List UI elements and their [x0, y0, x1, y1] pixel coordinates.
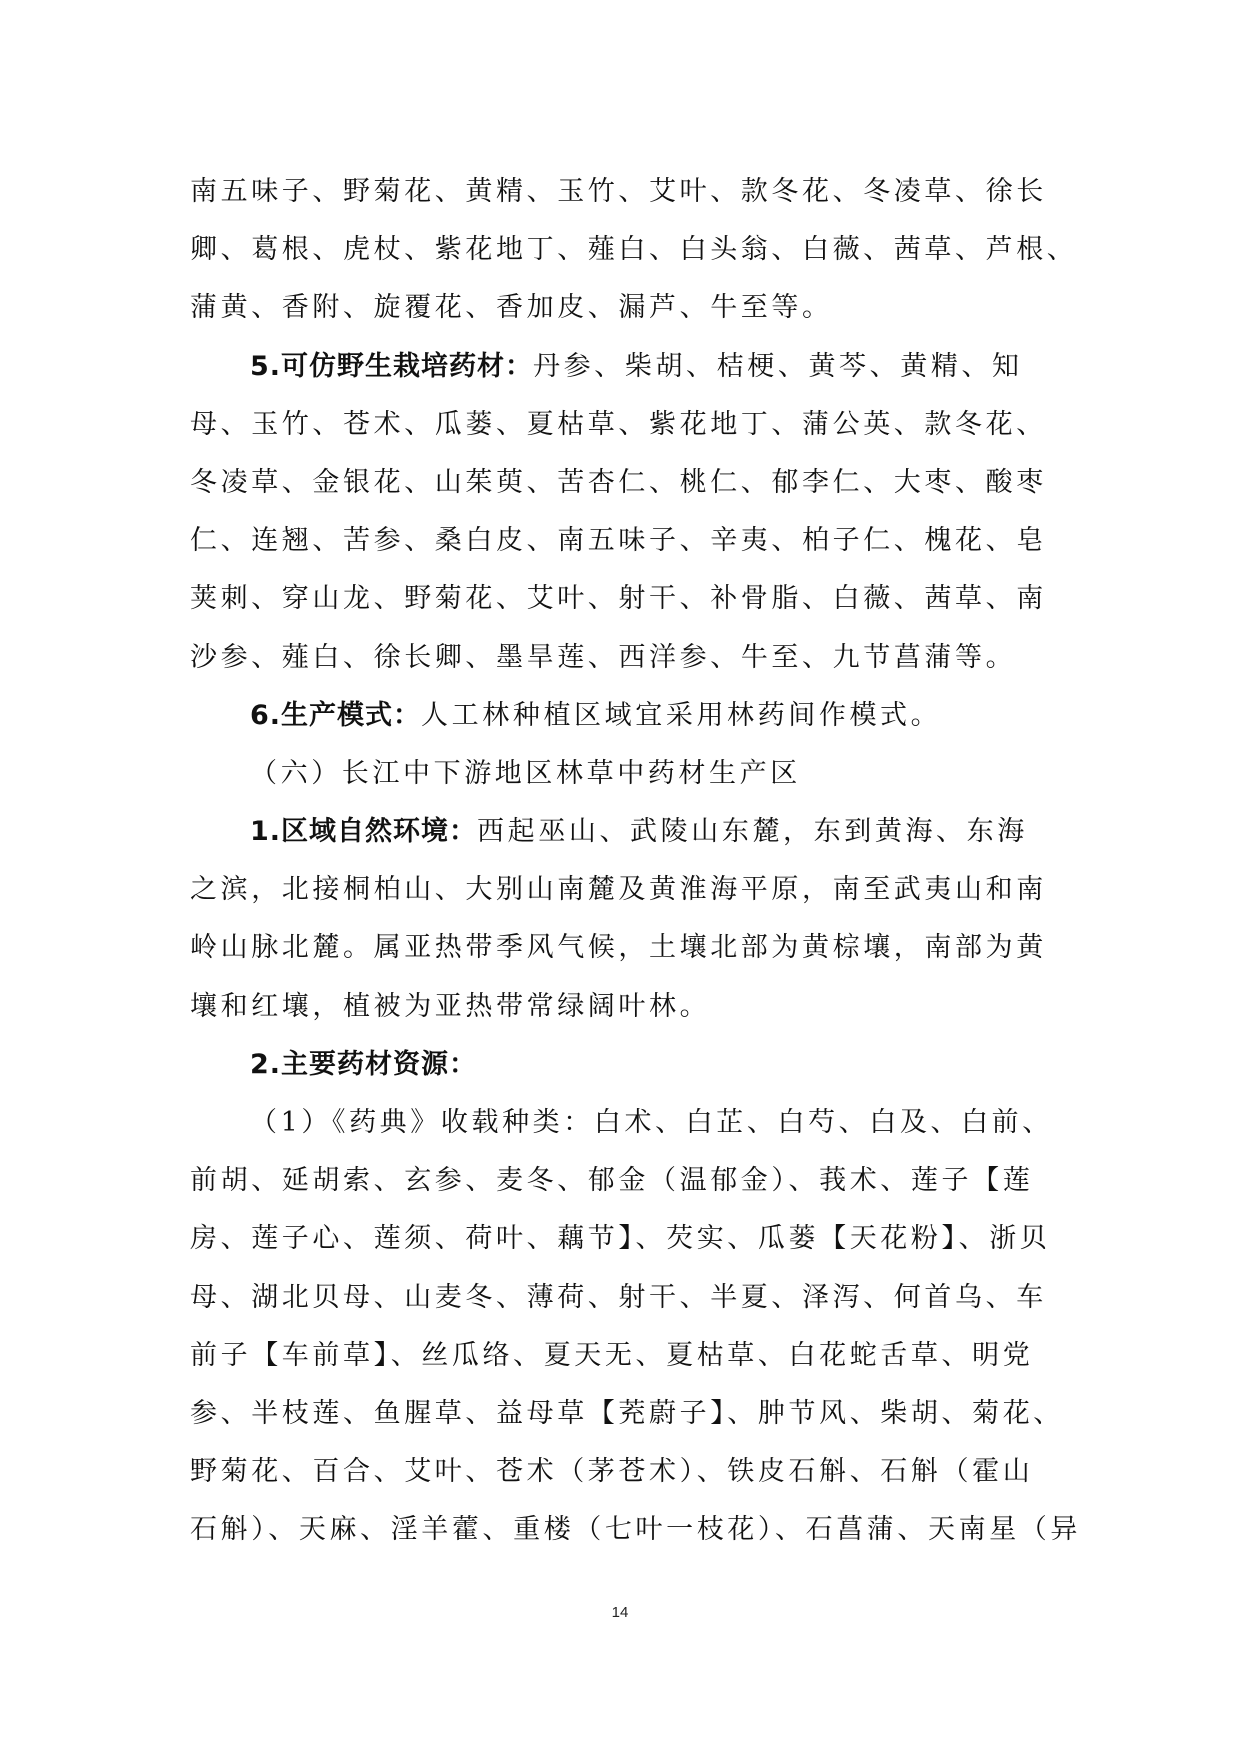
section-6-paragraph: 6.生产模式：人工林种植区域宜采用林药间作模式。	[190, 687, 1054, 745]
section-5-paragraph: 5.可仿野生栽培药材：丹参、柴胡、桔梗、黄芩、黄精、知	[190, 338, 1054, 396]
item-1-paragraph: （1）《药典》收载种类：白术、白芷、白芍、白及、白前、	[190, 1094, 1054, 1152]
line-text: 南五味子、野菊花、黄精、玉竹、艾叶、款冬花、冬凌草、徐长	[190, 176, 1047, 207]
line-text: 丹参、柴胡、桔梗、黄芩、黄精、知	[533, 351, 1023, 382]
page-number: 14	[0, 1604, 1240, 1621]
text-line-15: 壤和红壤，植被为亚热带常绿阔叶林。	[190, 978, 1054, 1036]
text-line-1: 南五味子、野菊花、黄精、玉竹、艾叶、款冬花、冬凌草、徐长	[190, 163, 1054, 221]
text-line-8: 荚刺、穿山龙、野菊花、艾叶、射干、补骨脂、白薇、茜草、南	[190, 570, 1054, 628]
subsection-title: （六）长江中下游地区林草中药材生产区	[190, 745, 1054, 803]
text-line-6: 冬凌草、金银花、山茱萸、苦杏仁、桃仁、郁李仁、大枣、酸枣	[190, 454, 1054, 512]
section-heading: 1.区域自然环境：	[250, 816, 477, 847]
body-text: 南五味子、野菊花、黄精、玉竹、艾叶、款冬花、冬凌草、徐长 卿、葛根、虎杖、紫花地…	[190, 163, 1054, 1560]
text-line-22: 参、半枝莲、鱼腥草、益母草【茺蔚子】、肿节风、柴胡、菊花、	[190, 1385, 1054, 1443]
document-page: 南五味子、野菊花、黄精、玉竹、艾叶、款冬花、冬凌草、徐长 卿、葛根、虎杖、紫花地…	[0, 0, 1240, 1754]
text-line-24: 石斛）、天麻、淫羊藿、重楼（七叶一枝花）、石菖蒲、天南星（异	[190, 1501, 1054, 1559]
line-text: 荚刺、穿山龙、野菊花、艾叶、射干、补骨脂、白薇、茜草、南	[190, 583, 1047, 614]
line-text: 母、玉竹、苍术、瓜蒌、夏枯草、紫花地丁、蒲公英、款冬花、	[190, 409, 1047, 440]
text-line-20: 母、湖北贝母、山麦冬、薄荷、射干、半夏、泽泻、何首乌、车	[190, 1269, 1054, 1327]
line-text: 冬凌草、金银花、山茱萸、苦杏仁、桃仁、郁李仁、大枣、酸枣	[190, 467, 1047, 498]
section-heading: 2.主要药材资源：	[250, 1049, 477, 1080]
line-text: 壤和红壤，植被为亚热带常绿阔叶林。	[190, 991, 710, 1022]
line-text: 前胡、延胡索、玄参、麦冬、郁金（温郁金）、莪术、莲子【莲	[190, 1165, 1033, 1196]
line-text: 西起巫山、武陵山东麓，东到黄海、东海	[477, 816, 1028, 847]
line-text: 野菊花、百合、艾叶、苍术（茅苍术）、铁皮石斛、石斛（霍山	[190, 1456, 1033, 1487]
line-text: 房、莲子心、莲须、荷叶、藕节】、芡实、瓜蒌【天花粉】、浙贝	[190, 1223, 1050, 1254]
text-line-7: 仁、连翘、苦参、桑白皮、南五味子、辛夷、柏子仁、槐花、皂	[190, 512, 1054, 570]
text-line-19: 房、莲子心、莲须、荷叶、藕节】、芡实、瓜蒌【天花粉】、浙贝	[190, 1210, 1054, 1268]
line-text: 沙参、薤白、徐长卿、墨旱莲、西洋参、牛至、九节菖蒲等。	[190, 642, 1016, 673]
line-text: 之滨，北接桐柏山、大别山南麓及黄淮海平原，南至武夷山和南	[190, 874, 1047, 905]
text-line-23: 野菊花、百合、艾叶、苍术（茅苍术）、铁皮石斛、石斛（霍山	[190, 1443, 1054, 1501]
text-line-18: 前胡、延胡索、玄参、麦冬、郁金（温郁金）、莪术、莲子【莲	[190, 1152, 1054, 1210]
text-line-2: 卿、葛根、虎杖、紫花地丁、薤白、白头翁、白薇、茜草、芦根、	[190, 221, 1054, 279]
section-heading: 6.生产模式：	[250, 700, 421, 731]
line-text: 前子【车前草】、丝瓜络、夏天无、夏枯草、白花蛇舌草、明党	[190, 1340, 1033, 1371]
text-line-14: 岭山脉北麓。属亚热带季风气候，土壤北部为黄棕壤，南部为黄	[190, 919, 1054, 977]
text-line-21: 前子【车前草】、丝瓜络、夏天无、夏枯草、白花蛇舌草、明党	[190, 1327, 1054, 1385]
text-line-3: 蒲黄、香附、旋覆花、香加皮、漏芦、牛至等。	[190, 279, 1054, 337]
line-text: 石斛）、天麻、淫羊藿、重楼（七叶一枝花）、石菖蒲、天南星（异	[190, 1514, 1081, 1545]
section-1-paragraph: 1.区域自然环境：西起巫山、武陵山东麓，东到黄海、东海	[190, 803, 1054, 861]
line-text: （1）《药典》收载种类：白术、白芷、白芍、白及、白前、	[250, 1107, 1053, 1138]
text-line-9: 沙参、薤白、徐长卿、墨旱莲、西洋参、牛至、九节菖蒲等。	[190, 629, 1054, 687]
line-text: 卿、葛根、虎杖、紫花地丁、薤白、白头翁、白薇、茜草、芦根、	[190, 234, 1077, 265]
line-text: 蒲黄、香附、旋覆花、香加皮、漏芦、牛至等。	[190, 292, 833, 323]
line-text: 人工林种植区域宜采用林药间作模式。	[421, 700, 941, 731]
line-text: 岭山脉北麓。属亚热带季风气候，土壤北部为黄棕壤，南部为黄	[190, 932, 1047, 963]
subsection-heading: （六）长江中下游地区林草中药材生产区	[250, 758, 801, 789]
text-line-5: 母、玉竹、苍术、瓜蒌、夏枯草、紫花地丁、蒲公英、款冬花、	[190, 396, 1054, 454]
section-2-heading: 2.主要药材资源：	[190, 1036, 1054, 1094]
line-text: 参、半枝莲、鱼腥草、益母草【茺蔚子】、肿节风、柴胡、菊花、	[190, 1398, 1064, 1429]
line-text: 仁、连翘、苦参、桑白皮、南五味子、辛夷、柏子仁、槐花、皂	[190, 525, 1047, 556]
text-line-13: 之滨，北接桐柏山、大别山南麓及黄淮海平原，南至武夷山和南	[190, 861, 1054, 919]
section-heading: 5.可仿野生栽培药材：	[250, 351, 533, 382]
line-text: 母、湖北贝母、山麦冬、薄荷、射干、半夏、泽泻、何首乌、车	[190, 1282, 1047, 1313]
